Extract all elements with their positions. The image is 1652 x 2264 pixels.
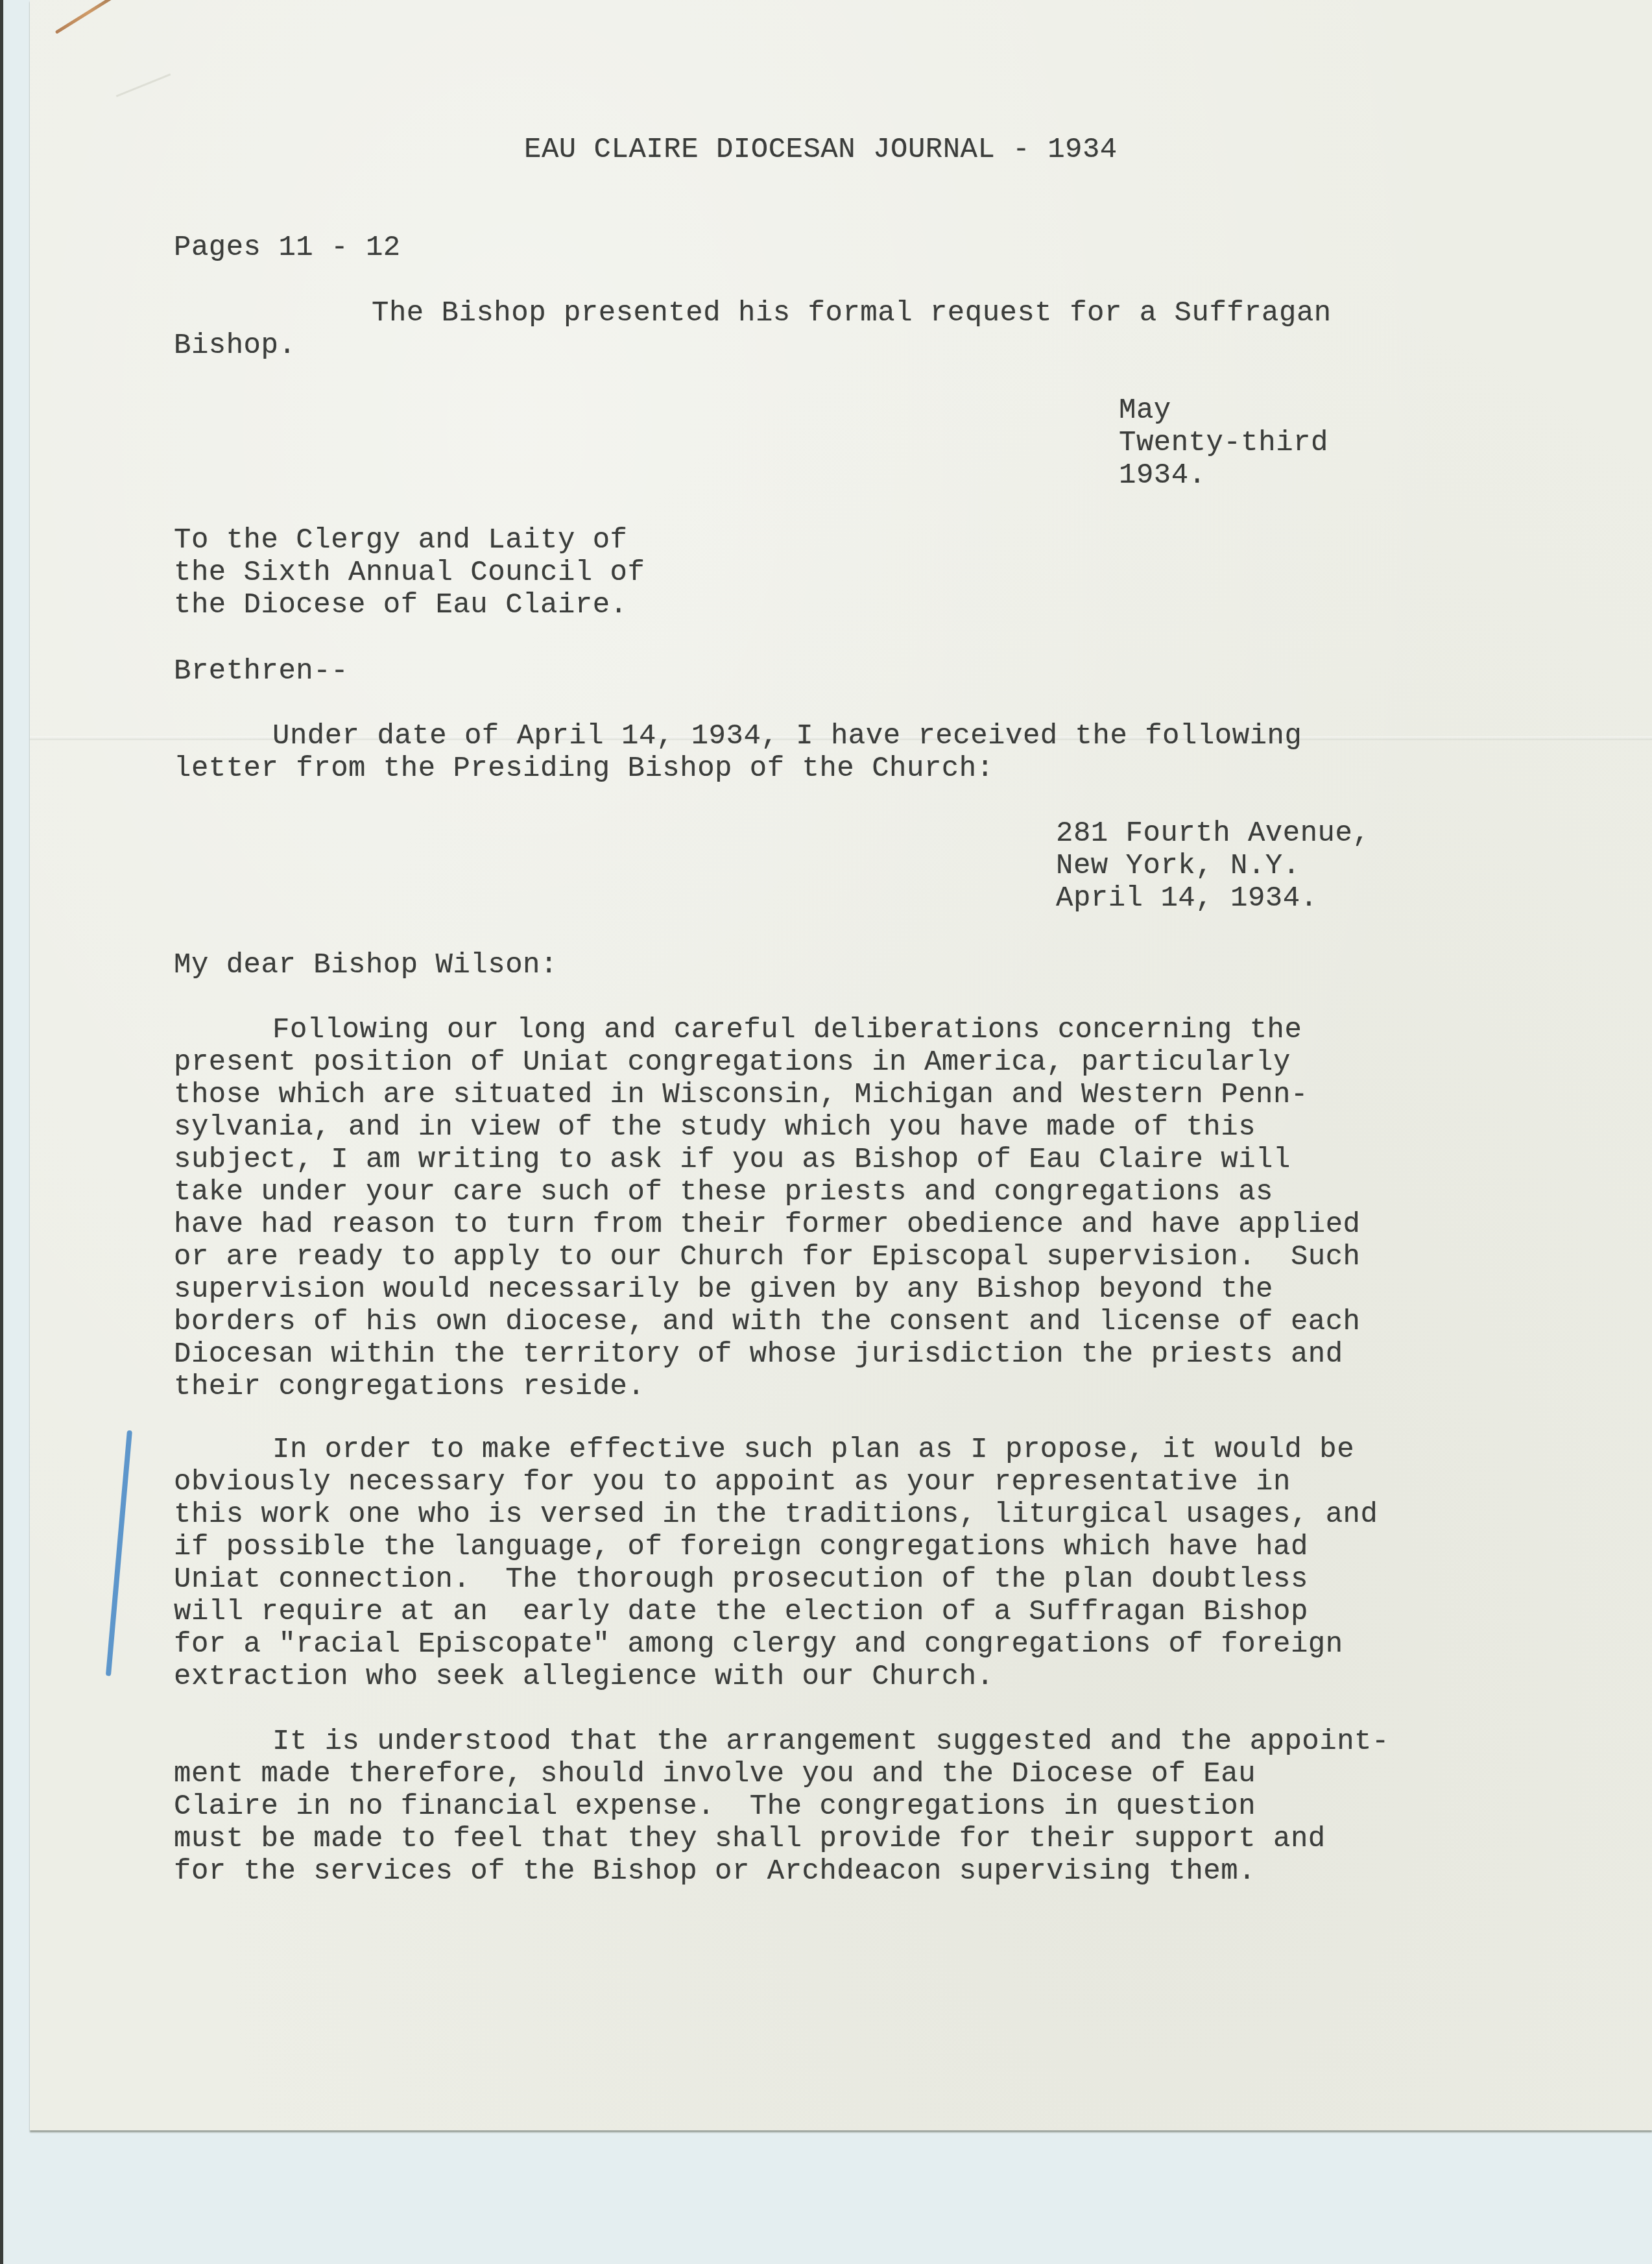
intro-line: The Bishop presented his formal request … [372, 297, 1332, 330]
paragraph-2-line: obviously necessary for you to appoint a… [174, 1466, 1291, 1499]
date-year: 1934. [1119, 459, 1206, 492]
paragraph-3-line: must be made to feel that they shall pro… [174, 1823, 1326, 1855]
opening-line: Under date of April 14, 1934, I have rec… [272, 720, 1302, 753]
intro-line: Bishop. [174, 330, 296, 362]
letter-date: April 14, 1934. [1056, 882, 1318, 915]
date-month: May [1119, 394, 1171, 427]
paragraph-1-line: have had reason to turn from their forme… [174, 1209, 1361, 1241]
paragraph-1-line: or are ready to apply to our Church for … [174, 1241, 1361, 1273]
paragraph-2-line: Uniat connection. The thorough prosecuti… [174, 1563, 1308, 1596]
paragraph-2-line: if possible the language, of foreign con… [174, 1531, 1308, 1563]
letter-address-line: 281 Fourth Avenue, [1056, 817, 1370, 850]
paper-crease-mark [116, 73, 171, 97]
addressee-line: the Diocese of Eau Claire. [174, 589, 628, 621]
paragraph-3-line: for the services of the Bishop or Archde… [174, 1855, 1256, 1888]
paragraph-3-line: It is understood that the arrangement su… [272, 1726, 1389, 1758]
pages-reference: Pages 11 - 12 [174, 232, 401, 264]
addressee-line: the Sixth Annual Council of [174, 557, 645, 589]
paragraph-1-line: Following our long and careful deliberat… [272, 1014, 1302, 1046]
date-day: Twenty-third [1119, 427, 1328, 459]
opening-line: letter from the Presiding Bishop of the … [174, 753, 994, 785]
paragraph-2-line: In order to make effective such plan as … [272, 1434, 1354, 1466]
letter-address-line: New York, N.Y. [1056, 850, 1300, 882]
scanner-edge [0, 0, 3, 2264]
paragraph-2-line: this work one who is versed in the tradi… [174, 1499, 1378, 1531]
salutation: Brethren-- [174, 655, 348, 688]
paragraph-3-line: ment made therefore, should involve you … [174, 1758, 1256, 1790]
paragraph-2-line: will require at an early date the electi… [174, 1596, 1308, 1628]
addressee-line: To the Clergy and Laity of [174, 524, 628, 557]
paper-tear-mark [55, 0, 123, 34]
paragraph-1-line: subject, I am writing to ask if you as B… [174, 1144, 1291, 1176]
paragraph-1-line: those which are situated in Wisconsin, M… [174, 1079, 1308, 1111]
paragraph-1-line: sylvania, and in view of the study which… [174, 1111, 1256, 1144]
paragraph-1-line: their congregations reside. [174, 1371, 645, 1403]
paragraph-1-line: take under your care such of these pries… [174, 1176, 1273, 1209]
paragraph-1-line: supervision would necessarily be given b… [174, 1273, 1273, 1306]
paragraph-1-line: Diocesan within the territory of whose j… [174, 1338, 1343, 1371]
paragraph-1-line: present position of Uniat congregations … [174, 1046, 1291, 1079]
letter-salutation: My dear Bishop Wilson: [174, 949, 558, 981]
document-title: EAU CLAIRE DIOCESAN JOURNAL - 1934 [524, 134, 1118, 166]
paragraph-3-line: Claire in no financial expense. The cong… [174, 1790, 1256, 1823]
paragraph-2-line: extraction who seek allegience with our … [174, 1661, 994, 1693]
paragraph-1-line: borders of his own diocese, and with the… [174, 1306, 1361, 1338]
paragraph-2-line: for a "racial Episcopate" among clergy a… [174, 1628, 1343, 1661]
